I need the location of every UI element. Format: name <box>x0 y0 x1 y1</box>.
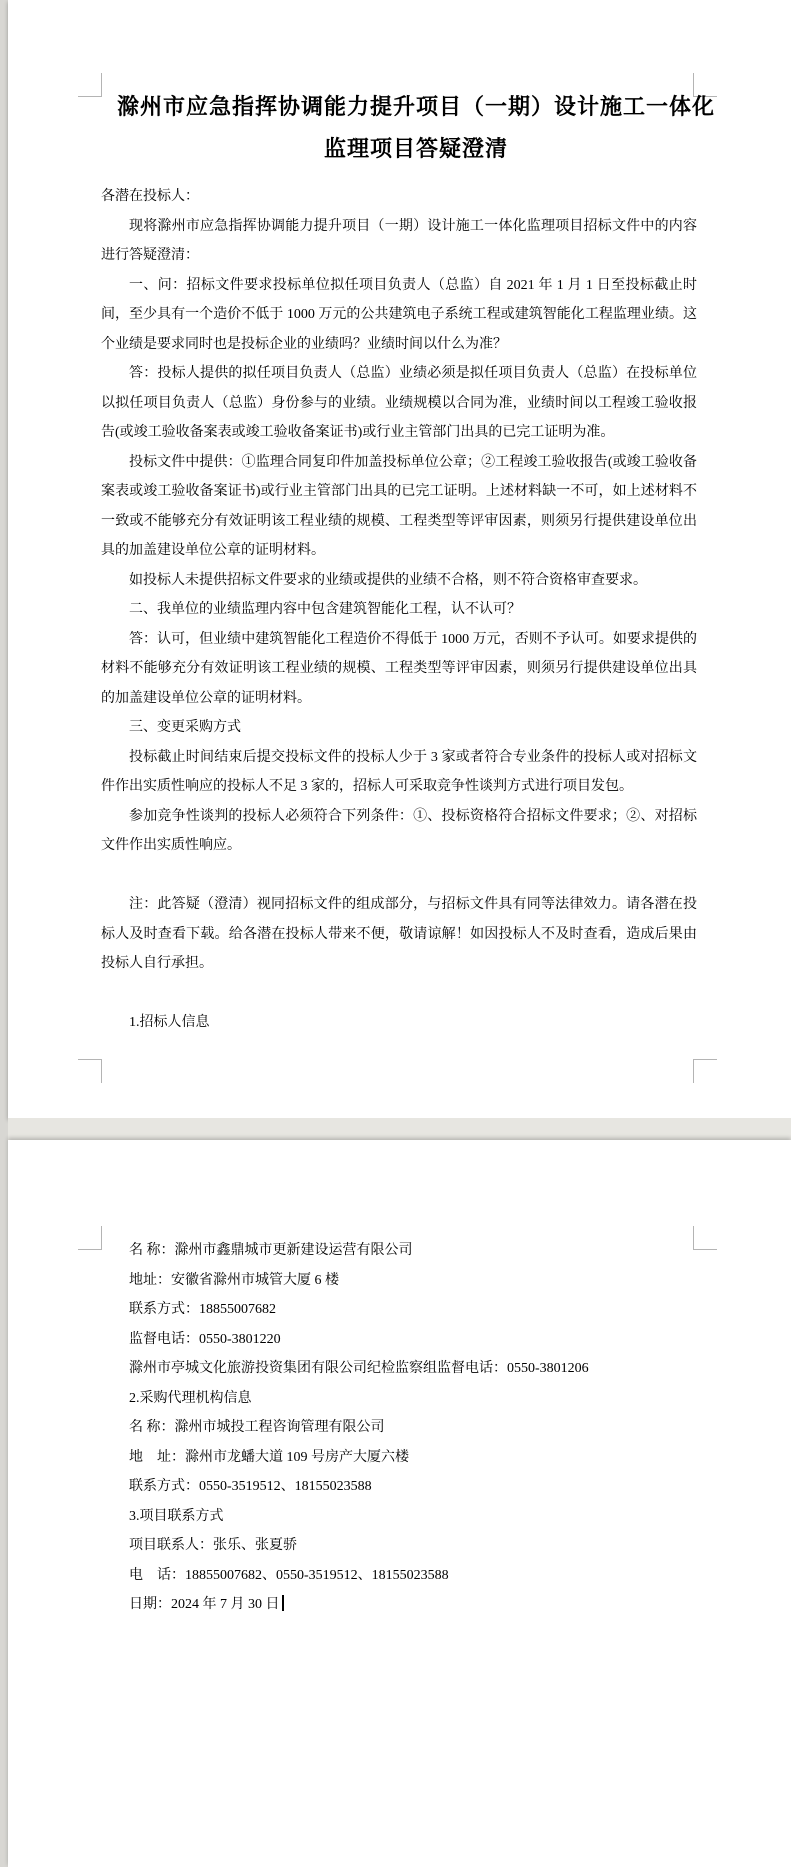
document-title[interactable]: 滁州市应急指挥协调能力提升项目（一期）设计施工一体化 监理项目答疑澄清 <box>90 86 742 170</box>
document-title-line-1[interactable]: 滁州市应急指挥协调能力提升项目（一期）设计施工一体化 <box>90 86 742 128</box>
info-line[interactable]: 电 话：18855007682、0550-3519512、18155023588 <box>101 1561 697 1591</box>
page-2[interactable]: 名 称：滁州市鑫鼎城市更新建设运营有限公司 地址：安徽省滁州市城管大厦 6 楼 … <box>8 1140 791 1867</box>
page-gap <box>8 1118 791 1140</box>
margin-mark-bottom-right <box>693 1059 717 1083</box>
info-line[interactable]: 地 址：滁州市龙蟠大道 109 号房产大厦六楼 <box>101 1443 697 1473</box>
page-1[interactable]: 滁州市应急指挥协调能力提升项目（一期）设计施工一体化 监理项目答疑澄清 各潜在投… <box>8 0 791 1118</box>
info-line[interactable]: 名 称：滁州市城投工程咨询管理有限公司 <box>101 1413 697 1443</box>
body-paragraph[interactable] <box>101 979 697 1009</box>
left-gutter <box>0 0 8 1867</box>
body-paragraph[interactable]: 答：认可，但业绩中建筑智能化工程造价不得低于 1000 万元，否则不予认可。如要… <box>101 625 697 714</box>
body-paragraph[interactable]: 1.招标人信息 <box>101 1008 697 1038</box>
info-line[interactable]: 联系方式：18855007682 <box>101 1295 697 1325</box>
info-line[interactable]: 2.采购代理机构信息 <box>101 1384 697 1414</box>
document-title-line-2[interactable]: 监理项目答疑澄清 <box>90 128 742 170</box>
body-paragraph[interactable]: 参加竞争性谈判的投标人必须符合下列条件：①、投标资格符合招标文件要求；②、对招标… <box>101 802 697 861</box>
body-paragraph[interactable]: 答：投标人提供的拟任项目负责人（总监）业绩必须是拟任项目负责人（总监）在投标单位… <box>101 359 697 448</box>
info-line[interactable]: 项目联系人：张乐、张夏骄 <box>101 1531 697 1561</box>
body-paragraph[interactable]: 如投标人未提供招标文件要求的业绩或提供的业绩不合格，则不符合资格审查要求。 <box>101 566 697 596</box>
info-line[interactable]: 3.项目联系方式 <box>101 1502 697 1532</box>
margin-mark-top-left <box>78 1226 102 1250</box>
body-paragraph[interactable] <box>101 861 697 891</box>
page2-body: 名 称：滁州市鑫鼎城市更新建设运营有限公司 地址：安徽省滁州市城管大厦 6 楼 … <box>101 1236 697 1620</box>
body-paragraph[interactable]: 二、我单位的业绩监理内容中包含建筑智能化工程，认不认可？ <box>101 595 697 625</box>
page1-body: 各潜在投标人： 现将滁州市应急指挥协调能力提升项目（一期）设计施工一体化监理项目… <box>101 182 697 1038</box>
body-paragraph[interactable]: 三、变更采购方式 <box>101 713 697 743</box>
info-line[interactable]: 日期：2024 年 7 月 30 日 <box>101 1590 697 1620</box>
body-paragraph[interactable]: 一、问：招标文件要求投标单位拟任项目负责人（总监）自 2021 年 1 月 1 … <box>101 271 697 360</box>
document-viewport: { "page1": { "title_line1": "滁州市应急指挥协调能力… <box>0 0 791 1867</box>
info-line[interactable]: 滁州市亭城文化旅游投资集团有限公司纪检监察组监督电话：0550-3801206 <box>101 1354 697 1384</box>
body-paragraph[interactable]: 现将滁州市应急指挥协调能力提升项目（一期）设计施工一体化监理项目招标文件中的内容… <box>101 212 697 271</box>
body-paragraph[interactable]: 各潜在投标人： <box>101 182 697 212</box>
body-paragraph[interactable]: 投标文件中提供：①监理合同复印件加盖投标单位公章；②工程竣工验收报告(或竣工验收… <box>101 448 697 566</box>
body-paragraph[interactable]: 注：此答疑（澄清）视同招标文件的组成部分，与招标文件具有同等法律效力。请各潜在投… <box>101 890 697 979</box>
margin-mark-bottom-left <box>78 1059 102 1083</box>
body-paragraph[interactable]: 投标截止时间结束后提交投标文件的投标人少于 3 家或者符合专业条件的投标人或对招… <box>101 743 697 802</box>
info-line[interactable]: 监督电话：0550-3801220 <box>101 1325 697 1355</box>
info-line[interactable]: 地址：安徽省滁州市城管大厦 6 楼 <box>101 1266 697 1296</box>
info-line[interactable]: 联系方式：0550-3519512、18155023588 <box>101 1472 697 1502</box>
info-line[interactable]: 名 称：滁州市鑫鼎城市更新建设运营有限公司 <box>101 1236 697 1266</box>
